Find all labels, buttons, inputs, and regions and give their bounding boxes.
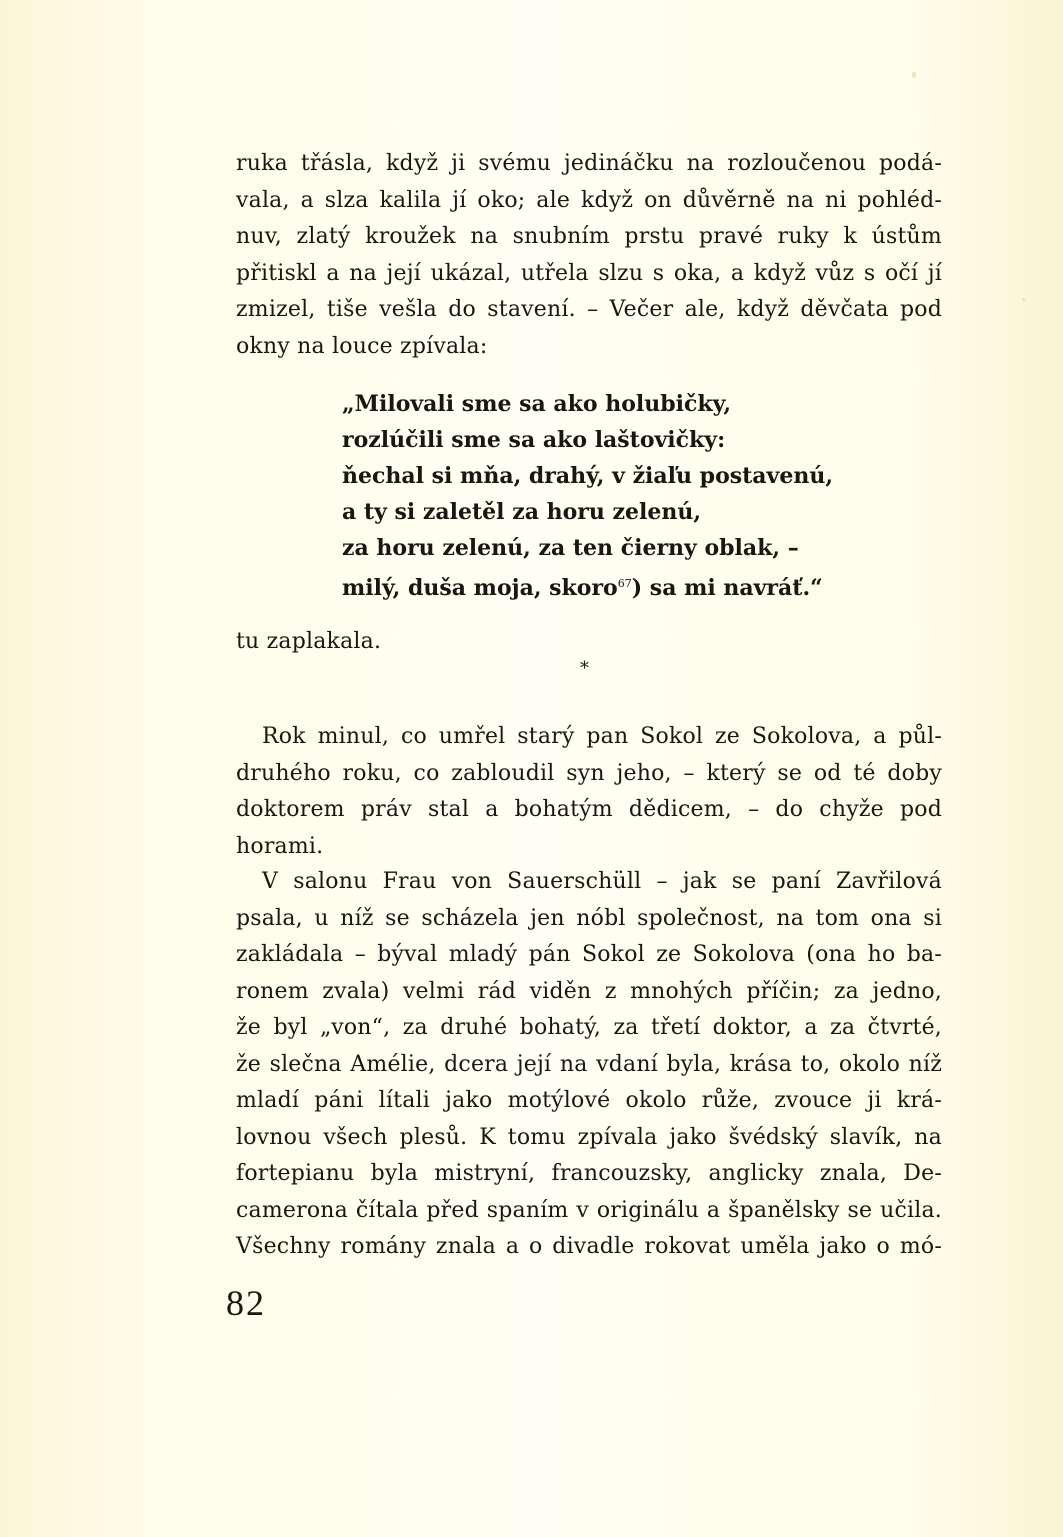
page-number: 82 bbox=[226, 1282, 266, 1324]
after-verse: tu zaplakala. bbox=[236, 624, 942, 661]
verse-line: za horu zelenú, za ten čierny oblak, – bbox=[342, 530, 833, 566]
text-line: fortepianu byla mistryní, francouzsky, a… bbox=[236, 1156, 942, 1193]
text-line: druhého roku, co zabloudil syn jeho, – k… bbox=[236, 756, 942, 793]
text-line: ruka třásla, když ji svému jedináčku na … bbox=[236, 146, 942, 183]
verse-line: rozlúčili sme sa ako laštovičky: bbox=[342, 422, 833, 458]
text-line: že slečna Amélie, dcera její na vdaní by… bbox=[236, 1047, 942, 1084]
text-line: Rok minul, co umřel starý pan Sokol ze S… bbox=[236, 719, 942, 756]
footnote-reference[interactable]: 67 bbox=[618, 577, 632, 590]
text-line: mladí páni lítali jako motýlové okolo rů… bbox=[236, 1083, 942, 1120]
verse-text: ) sa mi navráť.“ bbox=[632, 575, 823, 601]
text-line: vala, a slza kalila jí oko; ale když on … bbox=[236, 183, 942, 220]
song-verse: „Milovali sme sa ako holubičky, rozlúčil… bbox=[342, 386, 833, 602]
paper-speck bbox=[912, 72, 916, 78]
text-line: ronem zvala) velmi rád viděn z mnohých p… bbox=[236, 974, 942, 1011]
text-line: horami. bbox=[236, 829, 942, 866]
verse-line: „Milovali sme sa ako holubičky, bbox=[342, 386, 833, 422]
verse-line: ňechal si mňa, drahý, v žiaľu postavenú, bbox=[342, 458, 833, 494]
text-line: Všechny romány znala a o divadle rokovat… bbox=[236, 1229, 942, 1266]
text-line: zmizel, tiše vešla do stavení. – Večer a… bbox=[236, 292, 942, 329]
paragraph-1: ruka třásla, když ji svému jedináčku na … bbox=[236, 146, 942, 365]
verse-line-last: milý, duša moja, skoro67) sa mi navráť.“ bbox=[342, 566, 833, 602]
paragraph-3: V salonu Frau von Sauerschüll – jak se p… bbox=[236, 864, 942, 1266]
text-line: nuv, zlatý kroužek na snubním prstu prav… bbox=[236, 219, 942, 256]
book-page: ruka třásla, když ji svému jedináčku na … bbox=[0, 0, 1063, 1537]
text-line: přitiskl a na její ukázal, utřela slzu s… bbox=[236, 256, 942, 293]
text-line: zakládala – býval mladý pán Sokol ze Sok… bbox=[236, 937, 942, 974]
text-line: doktorem práv stal a bohatým dědicem, – … bbox=[236, 792, 942, 829]
text-line: že byl „von“, za druhé bohatý, za třetí … bbox=[236, 1010, 942, 1047]
text-line: tu zaplakala. bbox=[236, 624, 942, 661]
verse-text: milý, duša moja, skoro bbox=[342, 575, 618, 601]
verse-line: a ty si zaletěl za horu zelenú, bbox=[342, 494, 833, 530]
text-line: lovnou všech plesů. K tomu zpívala jako … bbox=[236, 1120, 942, 1157]
text-line: okny na louce zpívala: bbox=[236, 329, 942, 366]
text-line: camerona čítala před spaním v originálu … bbox=[236, 1193, 942, 1230]
paragraph-2: Rok minul, co umřel starý pan Sokol ze S… bbox=[236, 719, 942, 865]
text-line: V salonu Frau von Sauerschüll – jak se p… bbox=[236, 864, 942, 901]
paper-speck bbox=[1022, 298, 1025, 301]
text-line: psala, u níž se scházela jen nóbl společ… bbox=[236, 901, 942, 938]
section-break-asterisk: * bbox=[580, 658, 589, 679]
